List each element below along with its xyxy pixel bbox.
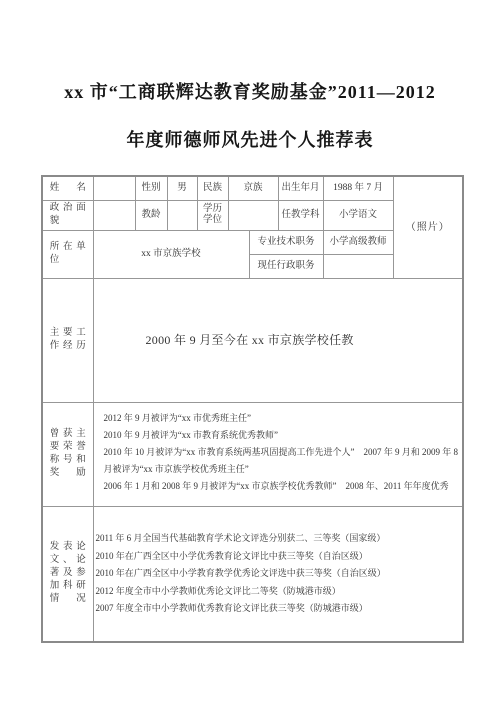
work-unit-label: 所在单位 [50,241,86,267]
papers-content: 2011 年 6 月全国当代基础教育学术论文评选分别获二、三等奖（国家级） 20… [93,506,463,642]
degree-label-cell: 学历学位 [197,200,228,230]
gender-label-cell: 性别 [135,176,167,200]
row-work-history: 主要工作经历 2000 年 9 月至今在 xx 市京族学校任教 [42,278,463,402]
work-history-label-cell: 主要工作经历 [42,278,93,402]
paper-line: 2012 年度全市中小学教师优秀论文评比二等奖（防城港市级） [96,583,459,601]
ethnicity-value-cell: 京族 [228,176,278,200]
row-papers: 发表论文、论著及参加科研情况 2011 年 6 月全国当代基础教育学术论文评选分… [42,506,463,642]
political-status-label-cell: 政治面貌 [42,200,93,230]
row-basic-info-1: 姓名 性别 男 民族 京族 出生年月 1988 年 7 月 （照片） [42,176,463,200]
gender-value-cell: 男 [167,176,197,200]
honors-label: 曾获主要荣誉称号和奖励 [50,428,86,480]
work-history-label: 主要工作经历 [50,327,86,353]
honor-line: 2006 年 1 月和 2008 年 9 月被评为“xx 市京族学校优秀教师” … [104,478,459,495]
honor-line: 2010 年 10 月被评为“xx 市教育系统两基巩固提高工作先进个人” 200… [104,444,459,478]
birthdate-label-cell: 出生年月 [278,176,323,200]
subject-label-cell: 任教学科 [278,200,323,230]
teaching-age-label-cell: 教龄 [135,200,167,230]
name-label-cell: 姓名 [42,176,93,200]
honors-content: 2012 年 9 月被评为“xx 市优秀班主任” 2010 年 9 月被评为“x… [93,402,463,506]
technical-title-value-cell: 小学高级教师 [323,230,393,254]
work-unit-value-cell: xx 市京族学校 [93,230,249,278]
papers-label-cell: 发表论文、论著及参加科研情况 [42,506,93,642]
recommendation-form-table: 姓名 性别 男 民族 京族 出生年月 1988 年 7 月 （照片） 政治面貌 … [41,175,464,643]
honors-label-cell: 曾获主要荣誉称号和奖励 [42,402,93,506]
paper-line: 2010 年在广西全区中小学教育教学优秀论文评选中获三等奖（自治区级） [96,565,459,583]
birthdate-value-cell: 1988 年 7 月 [323,176,393,200]
name-label: 姓名 [50,182,86,195]
ethnicity-label-cell: 民族 [197,176,228,200]
paper-line: 2007 年度全市中小学教师优秀教育论文评比获三等奖（防城港市级） [96,600,459,618]
admin-title-label-cell: 现任行政职务 [249,254,323,278]
honor-line: 2012 年 9 月被评为“xx 市优秀班主任” [104,410,459,427]
political-status-value-cell [93,200,135,230]
paper-line: 2011 年 6 月全国当代基础教育学术论文评选分别获二、三等奖（国家级） [96,530,459,548]
paper-line: 2010 年在广西全区中小学优秀教育论文评比中获三等奖（自治区级） [96,548,459,566]
papers-label: 发表论文、论著及参加科研情况 [50,541,86,606]
work-history-content: 2000 年 9 月至今在 xx 市京族学校任教 [93,278,463,402]
degree-value-cell [228,200,278,230]
honor-line: 2010 年 9 月被评为“xx 市教育系统优秀教师” [104,427,459,444]
admin-title-value-cell [323,254,393,278]
work-unit-label-cell: 所在单位 [42,230,93,278]
teaching-age-value-cell [167,200,197,230]
technical-title-label-cell: 专业技术职务 [249,230,323,254]
name-value-cell [93,176,135,200]
political-status-label: 政治面貌 [50,202,86,228]
document-title-line2: 年度师德师风先进个人推荐表 [0,126,500,152]
row-honors: 曾获主要荣誉称号和奖励 2012 年 9 月被评为“xx 市优秀班主任” 201… [42,402,463,506]
subject-value-cell: 小学语文 [323,200,393,230]
photo-placeholder-cell: （照片） [393,176,463,278]
document-title-line1: xx 市“工商联辉达教育奖励基金”2011—2012 [0,78,500,104]
